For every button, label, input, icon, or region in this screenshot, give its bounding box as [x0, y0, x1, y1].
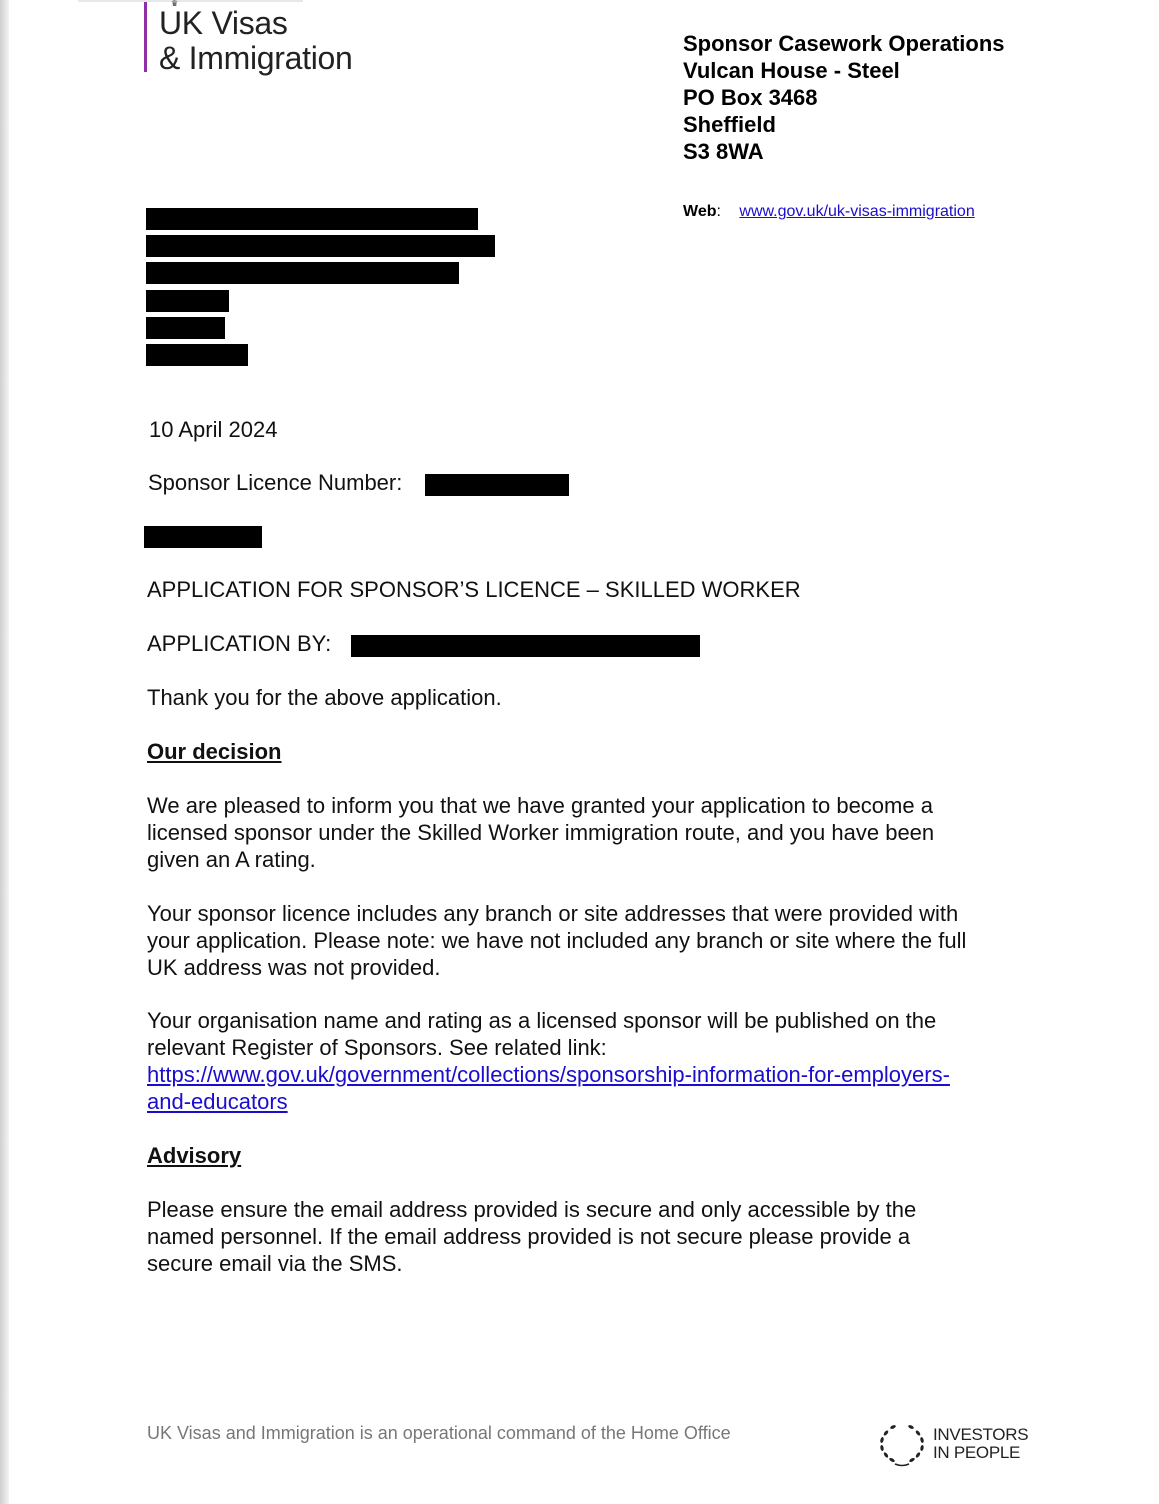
paragraph-line: relevant Register of Sponsors. See relat…	[147, 1034, 1047, 1061]
paragraph-line: We are pleased to inform you that we hav…	[147, 792, 1047, 819]
address-line: Sheffield	[683, 111, 1005, 138]
logo-line-1: UK Visas	[159, 6, 353, 41]
logo-line-2: & Immigration	[159, 41, 353, 76]
redacted-recipient-line	[146, 235, 495, 257]
web-line: Web: www.gov.uk/uk-visas-immigration	[683, 203, 975, 221]
iip-text: INVESTORS IN PEOPLE	[933, 1426, 1028, 1462]
application-by-label: APPLICATION BY:	[147, 630, 331, 657]
thanks-text: Thank you for the above application.	[147, 684, 502, 711]
address-line: PO Box 3468	[683, 84, 1005, 111]
address-line: Vulcan House - Steel	[683, 57, 1005, 84]
redacted-licence-number	[425, 474, 569, 496]
redacted-recipient-line	[146, 208, 478, 230]
web-colon: :	[716, 203, 720, 220]
register-link[interactable]: and-educators	[147, 1088, 1047, 1115]
paragraph-line: named personnel. If the email address pr…	[147, 1223, 1047, 1250]
redacted-applicant-name	[351, 635, 700, 657]
iip-line-1: INVESTORS	[933, 1426, 1028, 1444]
register-link[interactable]: https://www.gov.uk/government/collection…	[147, 1061, 1047, 1088]
paragraph-line: given an A rating.	[147, 846, 1047, 873]
web-link[interactable]: www.gov.uk/uk-visas-immigration	[739, 203, 974, 220]
address-line: S3 8WA	[683, 138, 1005, 165]
subject-line: APPLICATION FOR SPONSOR’S LICENCE – SKIL…	[147, 576, 801, 603]
paragraph-line: Your sponsor licence includes any branch…	[147, 900, 1047, 927]
paragraph-line: Your organisation name and rating as a l…	[147, 1007, 1047, 1034]
address-line: Sponsor Casework Operations	[683, 30, 1005, 57]
paragraph-line: licensed sponsor under the Skilled Worke…	[147, 819, 1047, 846]
logo-text: UK Visas & Immigration	[159, 6, 353, 76]
logo-brand-bar	[144, 2, 147, 72]
footer-text: UK Visas and Immigration is an operation…	[147, 1423, 731, 1444]
decision-heading: Our decision	[147, 738, 281, 765]
letter-date: 10 April 2024	[149, 416, 277, 443]
paragraph-line: UK address was not provided.	[147, 954, 1047, 981]
licence-number-label: Sponsor Licence Number:	[148, 469, 402, 496]
laurel-wreath-icon	[877, 1420, 927, 1468]
branch-paragraph: Your sponsor licence includes any branch…	[147, 900, 1047, 981]
paragraph-line: secure email via the SMS.	[147, 1250, 1047, 1277]
redacted-recipient-line	[146, 290, 229, 312]
web-label: Web	[683, 203, 716, 220]
sender-address: Sponsor Casework Operations Vulcan House…	[683, 30, 1005, 165]
redacted-recipient-line	[146, 344, 248, 366]
advisory-heading: Advisory	[147, 1142, 241, 1169]
page-edge-shadow	[0, 0, 9, 1504]
top-strip	[78, 0, 303, 2]
advisory-paragraph: Please ensure the email address provided…	[147, 1196, 1047, 1277]
decision-paragraph: We are pleased to inform you that we hav…	[147, 792, 1047, 873]
redacted-recipient-line	[146, 317, 225, 339]
register-paragraph: Your organisation name and rating as a l…	[147, 1007, 1047, 1115]
iip-line-2: IN PEOPLE	[933, 1444, 1028, 1462]
redacted-salutation	[144, 526, 262, 548]
paragraph-line: your application. Please note: we have n…	[147, 927, 1047, 954]
paragraph-line: Please ensure the email address provided…	[147, 1196, 1047, 1223]
redacted-recipient-line	[146, 262, 459, 284]
